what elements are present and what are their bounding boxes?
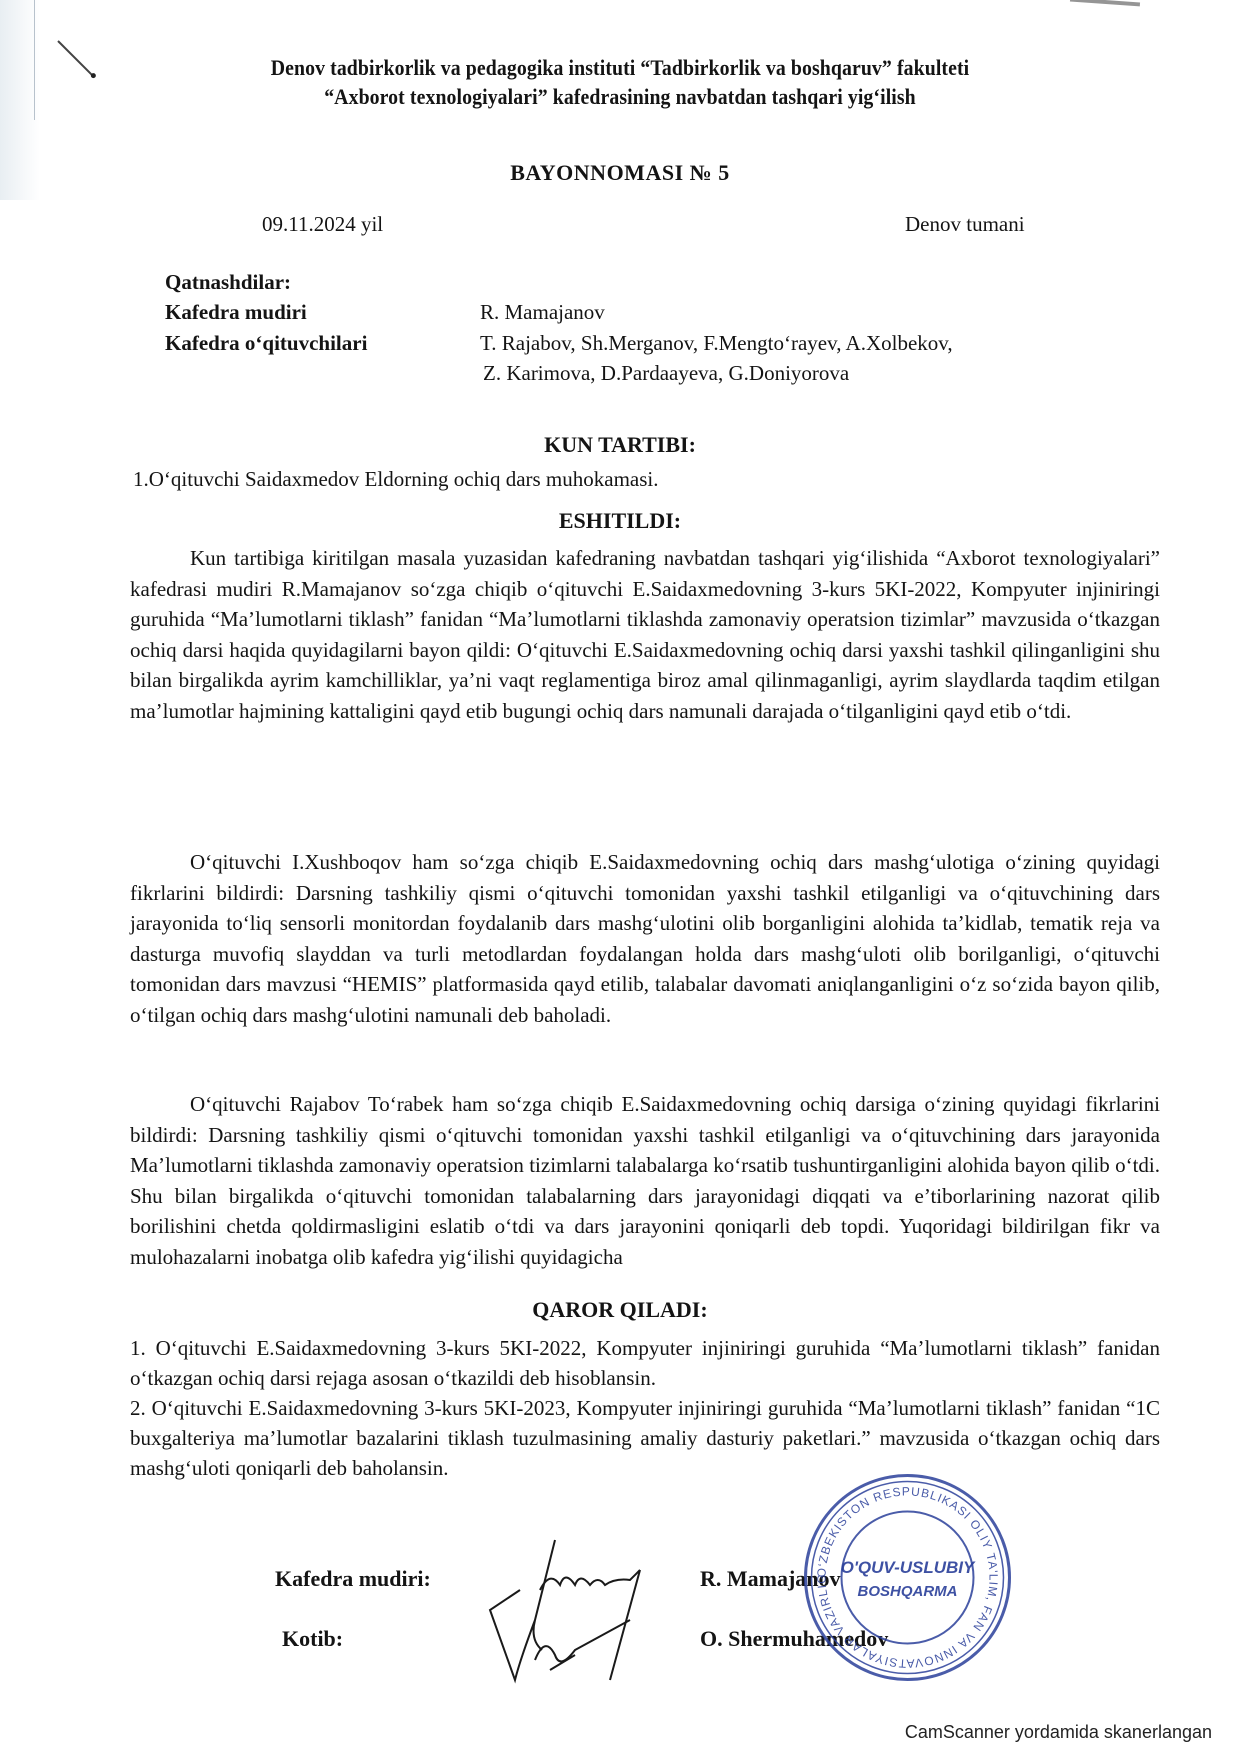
decision-heading: QAROR QILADI: — [0, 1297, 1240, 1323]
attendee-names-teachers-cont: Z. Karimova, D.Pardaayeva, G.Doniyorova — [483, 361, 849, 386]
heard-paragraph-1: Kun tartibiga kiritilgan masala yuzasida… — [130, 543, 1160, 726]
agenda-item: 1.O‘qituvchi Saidaxmedov Eldorning ochiq… — [133, 467, 659, 492]
header-institute-line: Denov tadbirkorlik va pedagogika institu… — [62, 55, 1178, 81]
agenda-heading: KUN TARTIBI: — [0, 432, 1240, 458]
heard-heading: ESHITILDI: — [0, 508, 1240, 534]
heard-paragraph-3: O‘qituvchi Rajabov To‘rabek ham so‘zga c… — [130, 1089, 1160, 1272]
document-title: BAYONNOMASI № 5 — [0, 160, 1240, 186]
svg-text:O'QUV-USLUBIY: O'QUV-USLUBIY — [841, 1558, 976, 1577]
attendees-heading: Qatnashdilar: — [165, 270, 291, 295]
document-place: Denov tumani — [905, 212, 1025, 237]
header-department-line: “Axborot texnologiyalari” kafedrasining … — [62, 84, 1178, 110]
official-stamp-icon: O‘ZBEKISTON RESPUBLIKASI OLIY TA'LIM, FA… — [800, 1470, 1015, 1685]
signature-role-head: Kafedra mudiri: — [275, 1566, 431, 1592]
signature-role-secretary: Kotib: — [282, 1626, 343, 1652]
svg-text:BOSHQARMA: BOSHQARMA — [858, 1583, 958, 1600]
scan-edge-top — [1070, 0, 1140, 6]
attendee-role-head: Kafedra mudiri — [165, 300, 307, 325]
document-date: 09.11.2024 yil — [262, 212, 383, 237]
attendee-names-teachers: T. Rajabov, Sh.Merganov, F.Mengto‘rayev,… — [480, 331, 953, 356]
attendee-role-teachers: Kafedra o‘qituvchilari — [165, 331, 367, 356]
attendee-names-head: R. Mamajanov — [480, 300, 605, 325]
decision-item-1: 1. O‘qituvchi E.Saidaxmedovning 3-kurs 5… — [130, 1333, 1160, 1393]
scanner-watermark: CamScanner yordamida skanerlangan — [905, 1722, 1212, 1743]
heard-paragraph-2: O‘qituvchi I.Xushboqov ham so‘zga chiqib… — [130, 847, 1160, 1030]
handwritten-signature-icon — [480, 1530, 700, 1690]
